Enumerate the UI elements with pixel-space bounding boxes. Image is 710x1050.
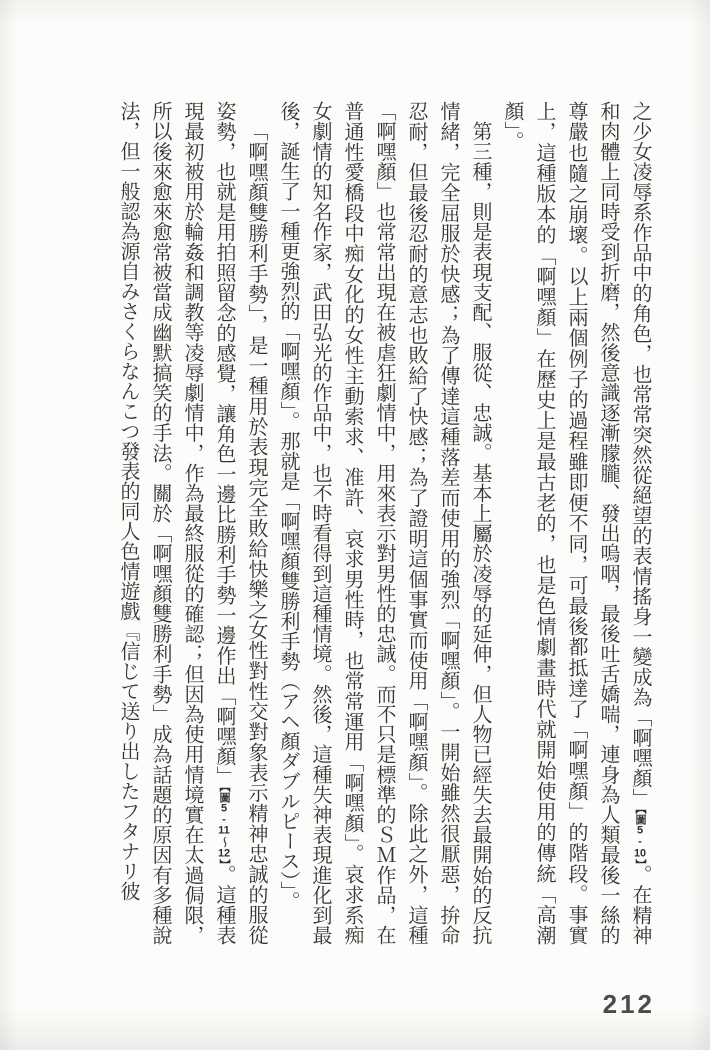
paragraph-text: 之少女凌辱系作品中的角色，也常常突然從絕望的表情搖身一變成為「啊嘿顏」 xyxy=(629,101,651,808)
figure-reference: 【圖5-10】 xyxy=(634,808,646,864)
page-number: 212 xyxy=(603,989,655,1020)
figure-reference: 【圖5-11～12】 xyxy=(218,786,230,864)
body-text-vertical: 之少女凌辱系作品中的角色，也常常突然從絕望的表情搖身一變成為「啊嘿顏」【圖5-1… xyxy=(78,101,656,945)
paragraph: 之少女凌辱系作品中的角色，也常常突然從絕望的表情搖身一變成為「啊嘿顏」【圖5-1… xyxy=(496,101,656,945)
paragraph-text: 「啊嘿顏雙勝利手勢」，是一種用於表現完全敗給快樂之女性對性交對象表示精神忠誠的服… xyxy=(213,101,267,945)
paragraph-text: 第三種，則是表現支配、服從、忠誠。基本上屬於凌辱的延伸，但人物已經失去最開始的反… xyxy=(277,101,491,945)
paragraph: 第三種，則是表現支配、服從、忠誠。基本上屬於凌辱的延伸，但人物已經失去最開始的反… xyxy=(272,101,496,945)
book-page: 之少女凌辱系作品中的角色，也常常突然從絕望的表情搖身一變成為「啊嘿顏」【圖5-1… xyxy=(0,0,710,1050)
paragraph: 「啊嘿顏雙勝利手勢」，是一種用於表現完全敗給快樂之女性對性交對象表示精神忠誠的服… xyxy=(112,101,272,945)
